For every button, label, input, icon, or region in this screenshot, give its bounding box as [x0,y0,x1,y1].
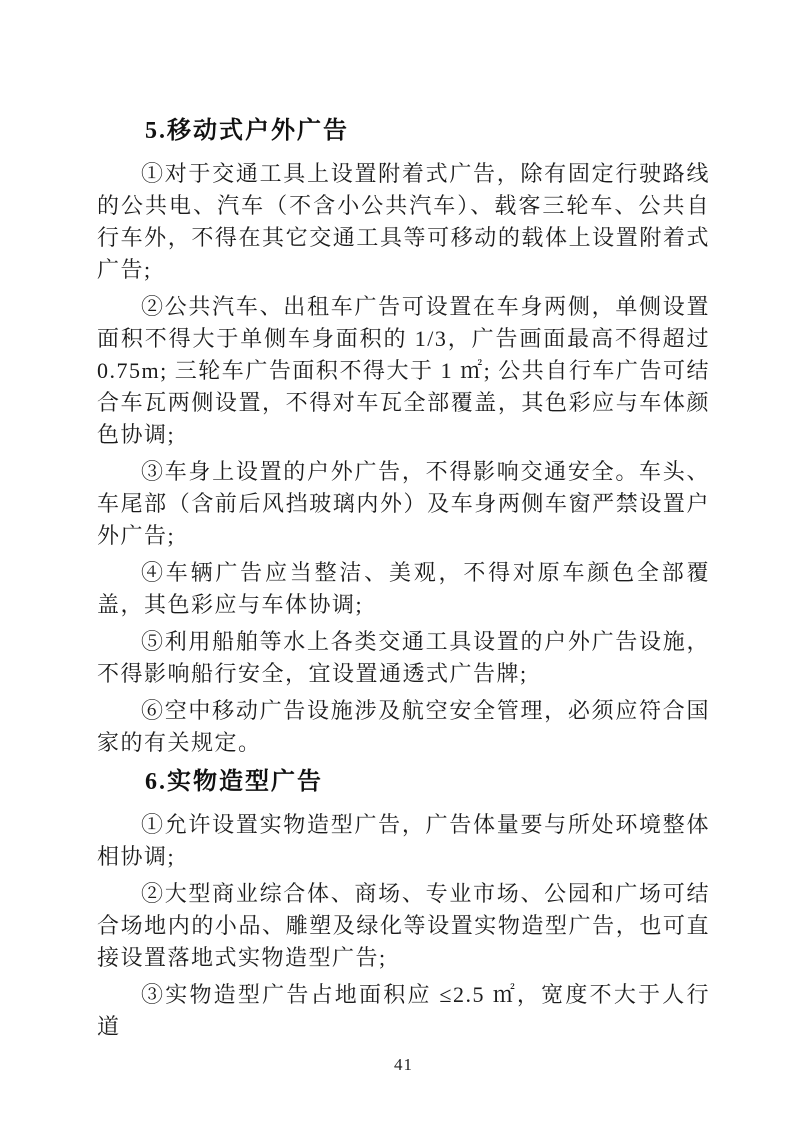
section-physical-model-ads: 6.实物造型广告 ①允许设置实物造型广告，广告体量要与所处环境整体相协调; ②大… [97,767,710,1043]
paragraph-3: ③实物造型广告占地面积应 ≤2.5 ㎡，宽度不大于人行道 [97,979,710,1043]
paragraph-6: ⑥空中移动广告设施涉及航空安全管理，必须应符合国家的有关规定。 [97,695,710,759]
paragraph-1: ①对于交通工具上设置附着式广告，除有固定行驶路线的公共电、汽车（不含小公共汽车）… [97,158,710,286]
paragraph-3: ③车身上设置的户外广告，不得影响交通安全。车头、车尾部（含前后风挡玻璃内外）及车… [97,456,710,552]
paragraph-2: ②大型商业综合体、商场、专业市场、公园和广场可结合场地内的小品、雕塑及绿化等设置… [97,878,710,974]
paragraph-1: ①允许设置实物造型广告，广告体量要与所处环境整体相协调; [97,809,710,873]
document-page: 5.移动式户外广告 ①对于交通工具上设置附着式广告，除有固定行驶路线的公共电、汽… [0,0,793,1122]
paragraph-5: ⑤利用船舶等水上各类交通工具设置的户外广告设施，不得影响船行安全，宜设置通透式广… [97,626,710,690]
section-heading: 5.移动式户外广告 [97,116,710,146]
section-mobile-outdoor-ads: 5.移动式户外广告 ①对于交通工具上设置附着式广告，除有固定行驶路线的公共电、汽… [97,116,710,759]
paragraph-4: ④车辆广告应当整洁、美观，不得对原车颜色全部覆盖，其色彩应与车体协调; [97,557,710,621]
paragraph-2: ②公共汽车、出租车广告可设置在车身两侧，单侧设置面积不得大于单侧车身面积的 1/… [97,291,710,451]
section-heading: 6.实物造型广告 [97,767,710,797]
page-number: 41 [97,1055,710,1075]
